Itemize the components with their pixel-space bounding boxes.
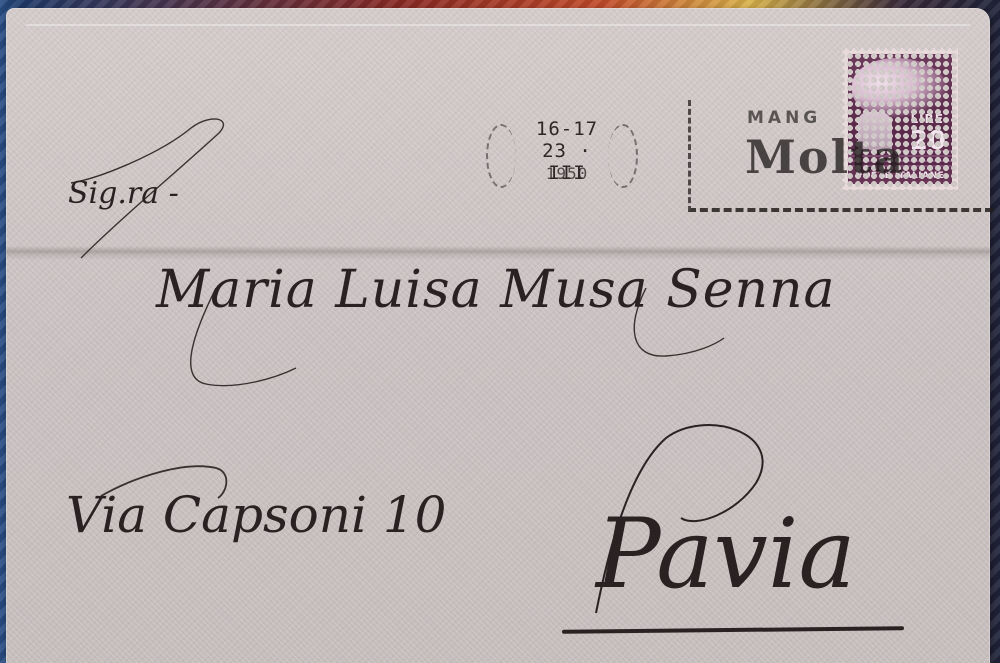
slogan-top-text: MANG — [747, 108, 821, 128]
salutation: Sig.ra - — [68, 176, 179, 211]
postmark-year: 1950 — [522, 164, 612, 183]
city: Pavia — [596, 498, 856, 610]
postmark-ring-left — [486, 124, 516, 188]
stamp-value: 20 — [910, 126, 946, 156]
postmark-time: 16-17 — [522, 118, 612, 140]
postmark-ring-right — [608, 124, 638, 188]
slogan-main-text: Molta — [745, 130, 905, 184]
recipient-name: Maria Luisa Musa Senna — [156, 260, 835, 320]
stamp-currency: LIRE — [910, 112, 944, 126]
envelope: 16-17 23 · III 1950 MANG Molta LIRE 20 P… — [6, 8, 990, 663]
city-underline — [562, 626, 904, 634]
street-address: Via Capsoni 10 — [66, 486, 446, 544]
torch-flame-icon — [852, 58, 948, 118]
envelope-flap-edge — [26, 24, 970, 26]
fold-crease — [6, 246, 990, 260]
postmark: 16-17 23 · III 1950 — [490, 108, 650, 198]
